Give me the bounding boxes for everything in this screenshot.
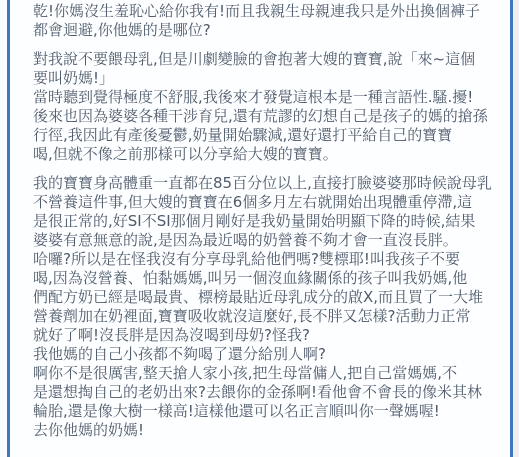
- post-line: 行徑,我因此有產後憂鬱,奶量開始驟減,還好還打平給自己的寶寶: [33, 126, 492, 145]
- post-line: 啊你不是很厲害,整天搶人家小孩,把生母當傭人,把自己當媽媽,不: [33, 364, 492, 383]
- post-line: 我的寶寶身高體重一直都在85百分位以上,直接打臉婆婆那時候說母乳: [33, 174, 492, 193]
- post-line: 當時聽到覺得極度不舒服,我後來才發覺這根本是一種言語性.騷.擾!: [33, 88, 492, 107]
- post-line: 營養劑加在奶裡面,寶寶吸收就沒這麼好,長不胖又怎樣?活動力正常: [33, 307, 492, 326]
- post-line: 對我說不要餵母乳,但是川劇變臉的會抱著大嫂的寶寶,說「來~這個: [33, 50, 492, 69]
- post-line: 都會迴避,你他媽的是哪位?: [33, 21, 492, 40]
- post-paragraph-2: 對我說不要餵母乳,但是川劇變臉的會抱著大嫂的寶寶,說「來~這個 要叫奶媽!」 當…: [33, 50, 492, 164]
- post-paragraph-1: 乾!你媽沒生羞恥心給你我有!而且我親生母親連我只是外出換個褲子 都會迴避,你他媽…: [33, 2, 492, 40]
- post-paragraph-3: 我的寶寶身高體重一直都在85百分位以上,直接打臉婆婆那時候說母乳 不營養這件事,…: [33, 174, 492, 440]
- post-line: 不營養這件事,但大嫂的寶寶在6個多月左右就開始出現體重停滯,這: [33, 193, 492, 212]
- post-line: 我他媽的自己小孩都不夠喝了還分給別人啊?: [33, 345, 492, 364]
- post-line: 後來也因為婆婆各種干涉育兒,還有荒謬的幻想自己是孩子的媽的搶孫: [33, 107, 492, 126]
- post-line: 去你他媽的奶媽!: [33, 421, 492, 440]
- post-line: 哈囉?所以是在怪我沒有分享母乳給他們嗎?雙標耶!叫我孩子不要: [33, 250, 492, 269]
- post-line: 乾!你媽沒生羞恥心給你我有!而且我親生母親連我只是外出換個褲子: [33, 2, 492, 21]
- post-line: 婆婆有意無意的說,是因為最近喝的奶營養不夠才會一直沒長胖。: [33, 231, 492, 250]
- post-line: 是還想掏自己的老奶出來?去餵你的金孫啊!看他會不會長的像米其林: [33, 383, 492, 402]
- post-line: 輪胎,還是像大樹一樣高!這樣他還可以名正言順叫你一聲媽喔!: [33, 402, 492, 421]
- post-content: 乾!你媽沒生羞恥心給你我有!而且我親生母親連我只是外出換個褲子 都會迴避,你他媽…: [10, 0, 510, 457]
- post-line: 是很正常的,好SI不SI那個月剛好是我奶量開始明顯下降的時候,結果: [33, 212, 492, 231]
- page-gutter: [513, 0, 519, 457]
- post-line: 們配方奶已經是喝最貴、標榜最貼近母乳成分的啟X,而且買了一大堆: [33, 288, 492, 307]
- post-line: 喝,但就不像之前那樣可以分享給大嫂的寶寶。: [33, 145, 492, 164]
- post-line: 要叫奶媽!」: [33, 69, 492, 88]
- page-background: 乾!你媽沒生羞恥心給你我有!而且我親生母親連我只是外出換個褲子 都會迴避,你他媽…: [0, 0, 519, 457]
- left-margin: [0, 0, 7, 457]
- post-line: 就好了啊!沒長胖是因為沒喝到母奶?怪我?: [33, 326, 492, 345]
- post-line: 喝,因為沒營養、怕黏媽媽,叫另一個沒血緣關係的孩子叫我奶媽,他: [33, 269, 492, 288]
